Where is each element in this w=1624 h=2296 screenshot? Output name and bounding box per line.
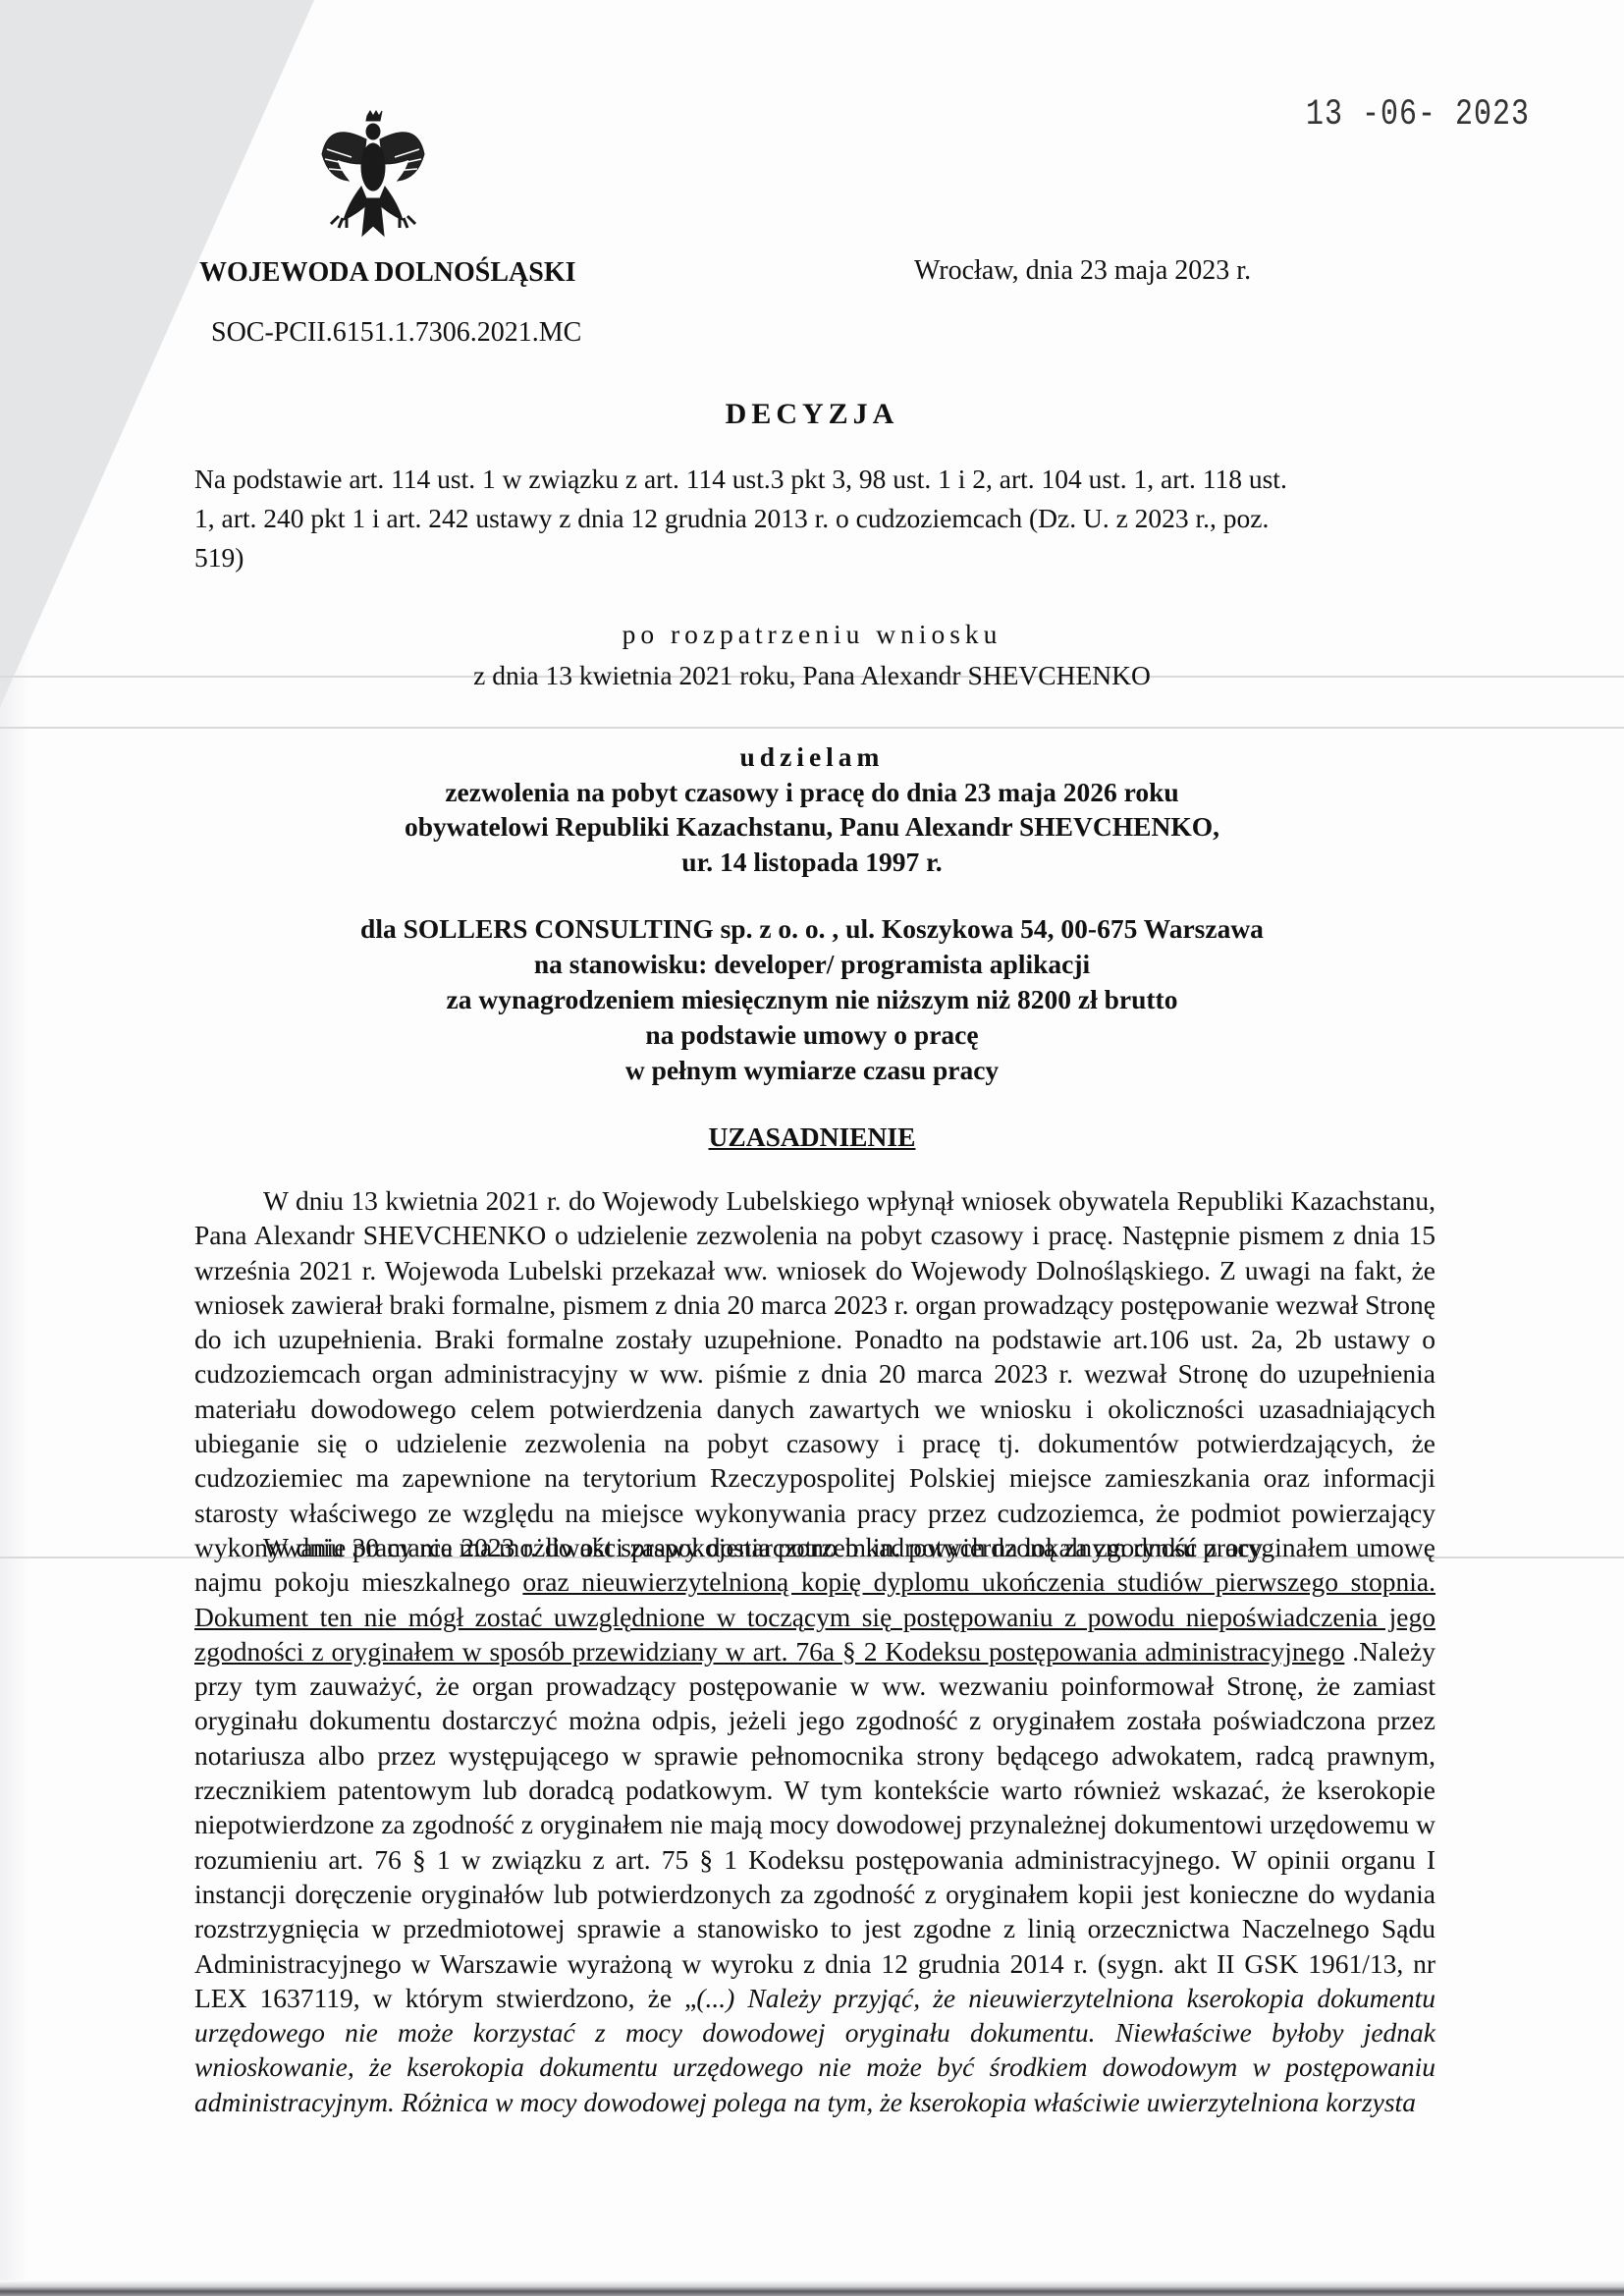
grant-verb: udzielam bbox=[0, 739, 1624, 775]
scan-bottom-edge bbox=[0, 2280, 1624, 2296]
document-title: DECYZJA bbox=[0, 398, 1624, 431]
place-and-date: Wrocław, dnia 23 maja 2023 r. bbox=[914, 255, 1251, 287]
employer-line: na podstawie umowy o pracę bbox=[0, 1017, 1624, 1053]
case-reference-number: SOC-PCII.6151.1.7306.2021.MC bbox=[211, 317, 581, 349]
justification-paragraph-1: W dniu 13 kwietnia 2021 r. do Wojewody L… bbox=[194, 1183, 1435, 1564]
grant-line: ur. 14 listopada 1997 r. bbox=[0, 845, 1624, 880]
grant-line: zezwolenia na pobyt czasowy i pracę do d… bbox=[0, 775, 1624, 810]
stamp-dot: · bbox=[1481, 98, 1489, 128]
justification-heading: UZASADNIENIE bbox=[0, 1120, 1624, 1155]
legal-basis-line: Na podstawie art. 114 ust. 1 w związku z… bbox=[194, 462, 1287, 497]
paper-fold-line bbox=[0, 727, 1624, 729]
scan-corner-shadow bbox=[0, 0, 314, 707]
receipt-date-stamp: 13 -06- 2023 bbox=[1306, 94, 1530, 137]
after-review-heading: po rozpatrzeniu wniosku bbox=[0, 617, 1624, 652]
legal-basis-line: 1, art. 240 pkt 1 i art. 242 ustawy z dn… bbox=[194, 501, 1269, 536]
employer-line: w pełnym wymiarze czasu pracy bbox=[0, 1053, 1624, 1088]
employer-line: za wynagrodzeniem miesięcznym nie niższy… bbox=[0, 982, 1624, 1017]
polish-eagle-emblem-icon bbox=[319, 110, 427, 243]
justification-paragraph-2: W dniu 30 marca 2023 r. do akt sprawy do… bbox=[194, 1530, 1435, 2119]
grant-line: obywatelowi Republiki Kazachstanu, Panu … bbox=[0, 809, 1624, 845]
issuing-authority: WOJEWODA DOLNOŚLĄSKI bbox=[199, 257, 576, 289]
employer-line: na stanowisku: developer/ programista ap… bbox=[0, 947, 1624, 982]
paragraph-text: .Należy przy tym zauważyć, że organ prow… bbox=[194, 1636, 1435, 2013]
employer-line: dla SOLLERS CONSULTING sp. z o. o. , ul.… bbox=[0, 911, 1624, 947]
paragraph-text: W dniu 13 kwietnia 2021 r. do Wojewody L… bbox=[194, 1185, 1435, 1562]
application-details: z dnia 13 kwietnia 2021 roku, Pana Alexa… bbox=[0, 658, 1624, 693]
legal-basis-line: 519) bbox=[194, 540, 244, 575]
